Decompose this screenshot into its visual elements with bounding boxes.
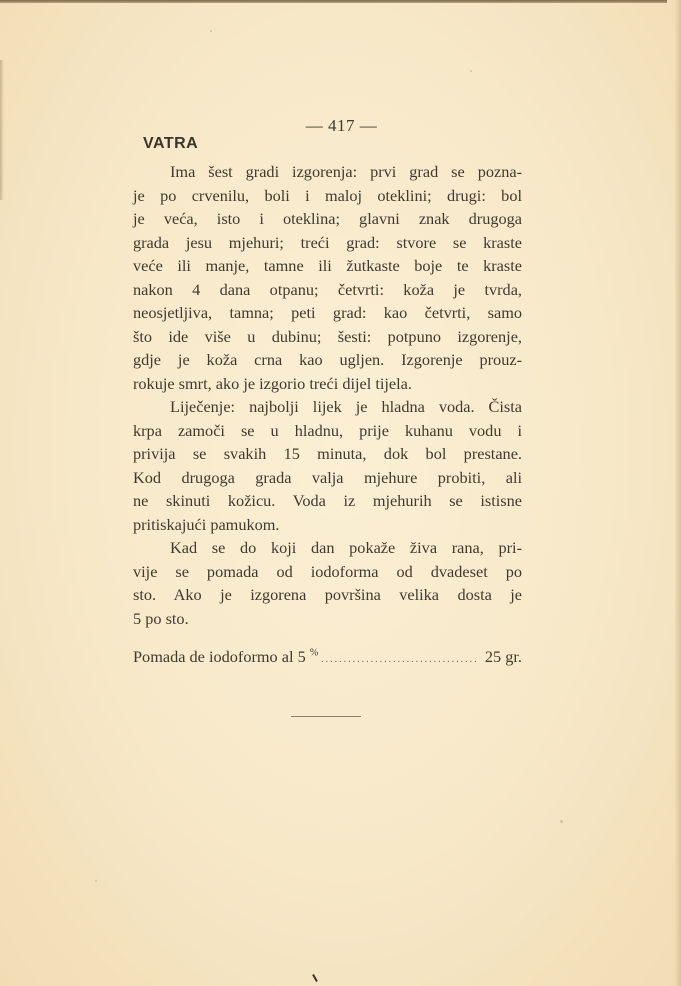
text-line: nakon 4 dana otpanu; četvrti: koža je tv… xyxy=(133,278,522,302)
text-line: veće ili manje, tamne ili žutkaste boje … xyxy=(133,254,522,278)
text-line: grada jesu mjehuri; treći grad: stvore s… xyxy=(133,231,522,255)
text-line: privija se svakih 15 minuta, dok bol pre… xyxy=(133,442,522,466)
text-line: vije se pomada od iodoforma od dvadeset … xyxy=(133,560,522,584)
recipe-name: Pomada de iodoformo al 5 % xyxy=(133,647,318,667)
paper-speck xyxy=(210,30,212,32)
section-separator xyxy=(291,716,361,717)
text-line: je po crvenilu, boli i maloj oteklini; d… xyxy=(133,184,522,208)
dot-leader: ........................................… xyxy=(321,654,479,665)
text-line: sto. Ako je izgorena površina velika dos… xyxy=(133,583,522,607)
paper-speck xyxy=(560,820,563,823)
page-number-text: — 417 — xyxy=(306,116,378,136)
text-line: neosjetljiva, tamna; peti grad: kao četv… xyxy=(133,301,522,325)
paper-speck xyxy=(95,880,97,882)
body-text: Ima šest gradi izgorenja: prvi grad se p… xyxy=(133,160,522,630)
ink-mark xyxy=(312,974,318,982)
text-line: 5 po sto. xyxy=(133,607,522,631)
paper-speck xyxy=(470,70,472,72)
recipe-quantity: 25 gr. xyxy=(485,647,522,667)
text-line: je veća, isto i oteklina; glavni znak dr… xyxy=(133,207,522,231)
percent-sign: % xyxy=(310,648,318,659)
text-line: Liječenje: najbolji lijek je hladna voda… xyxy=(133,395,522,419)
recipe-line: Pomada de iodoformo al 5 % .............… xyxy=(133,647,522,667)
page-number: — 417 — xyxy=(0,116,681,136)
text-line: Ima šest gradi izgorenja: prvi grad se p… xyxy=(133,160,522,184)
text-line: gdje je koža crna kao ugljen. Izgorenje … xyxy=(133,348,522,372)
text-line: Kod drugoga grada valja mjehure probiti,… xyxy=(133,466,522,490)
text-line: što ide više u dubinu; šesti: potpuno iz… xyxy=(133,325,522,349)
section-heading: VATRA xyxy=(143,135,198,153)
text-line: ne skinuti kožicu. Voda iz mjehurih se i… xyxy=(133,489,522,513)
text-line: krpa zamoči se u hladnu, prije kuhanu vo… xyxy=(133,419,522,443)
text-line: pritiskajući pamukom. xyxy=(133,513,522,537)
scanned-book-page: — 417 — VATRA Ima šest gradi izgorenja: … xyxy=(0,0,681,986)
text-line: rokuje smrt, ako je izgorio treći dijel … xyxy=(133,372,522,396)
page-top-edge xyxy=(0,0,667,3)
recipe-name-text: Pomada de iodoformo al 5 xyxy=(133,647,306,666)
text-line: Kad se do koji dan pokaže živa rana, pri… xyxy=(133,536,522,560)
page-right-edge xyxy=(675,0,681,986)
